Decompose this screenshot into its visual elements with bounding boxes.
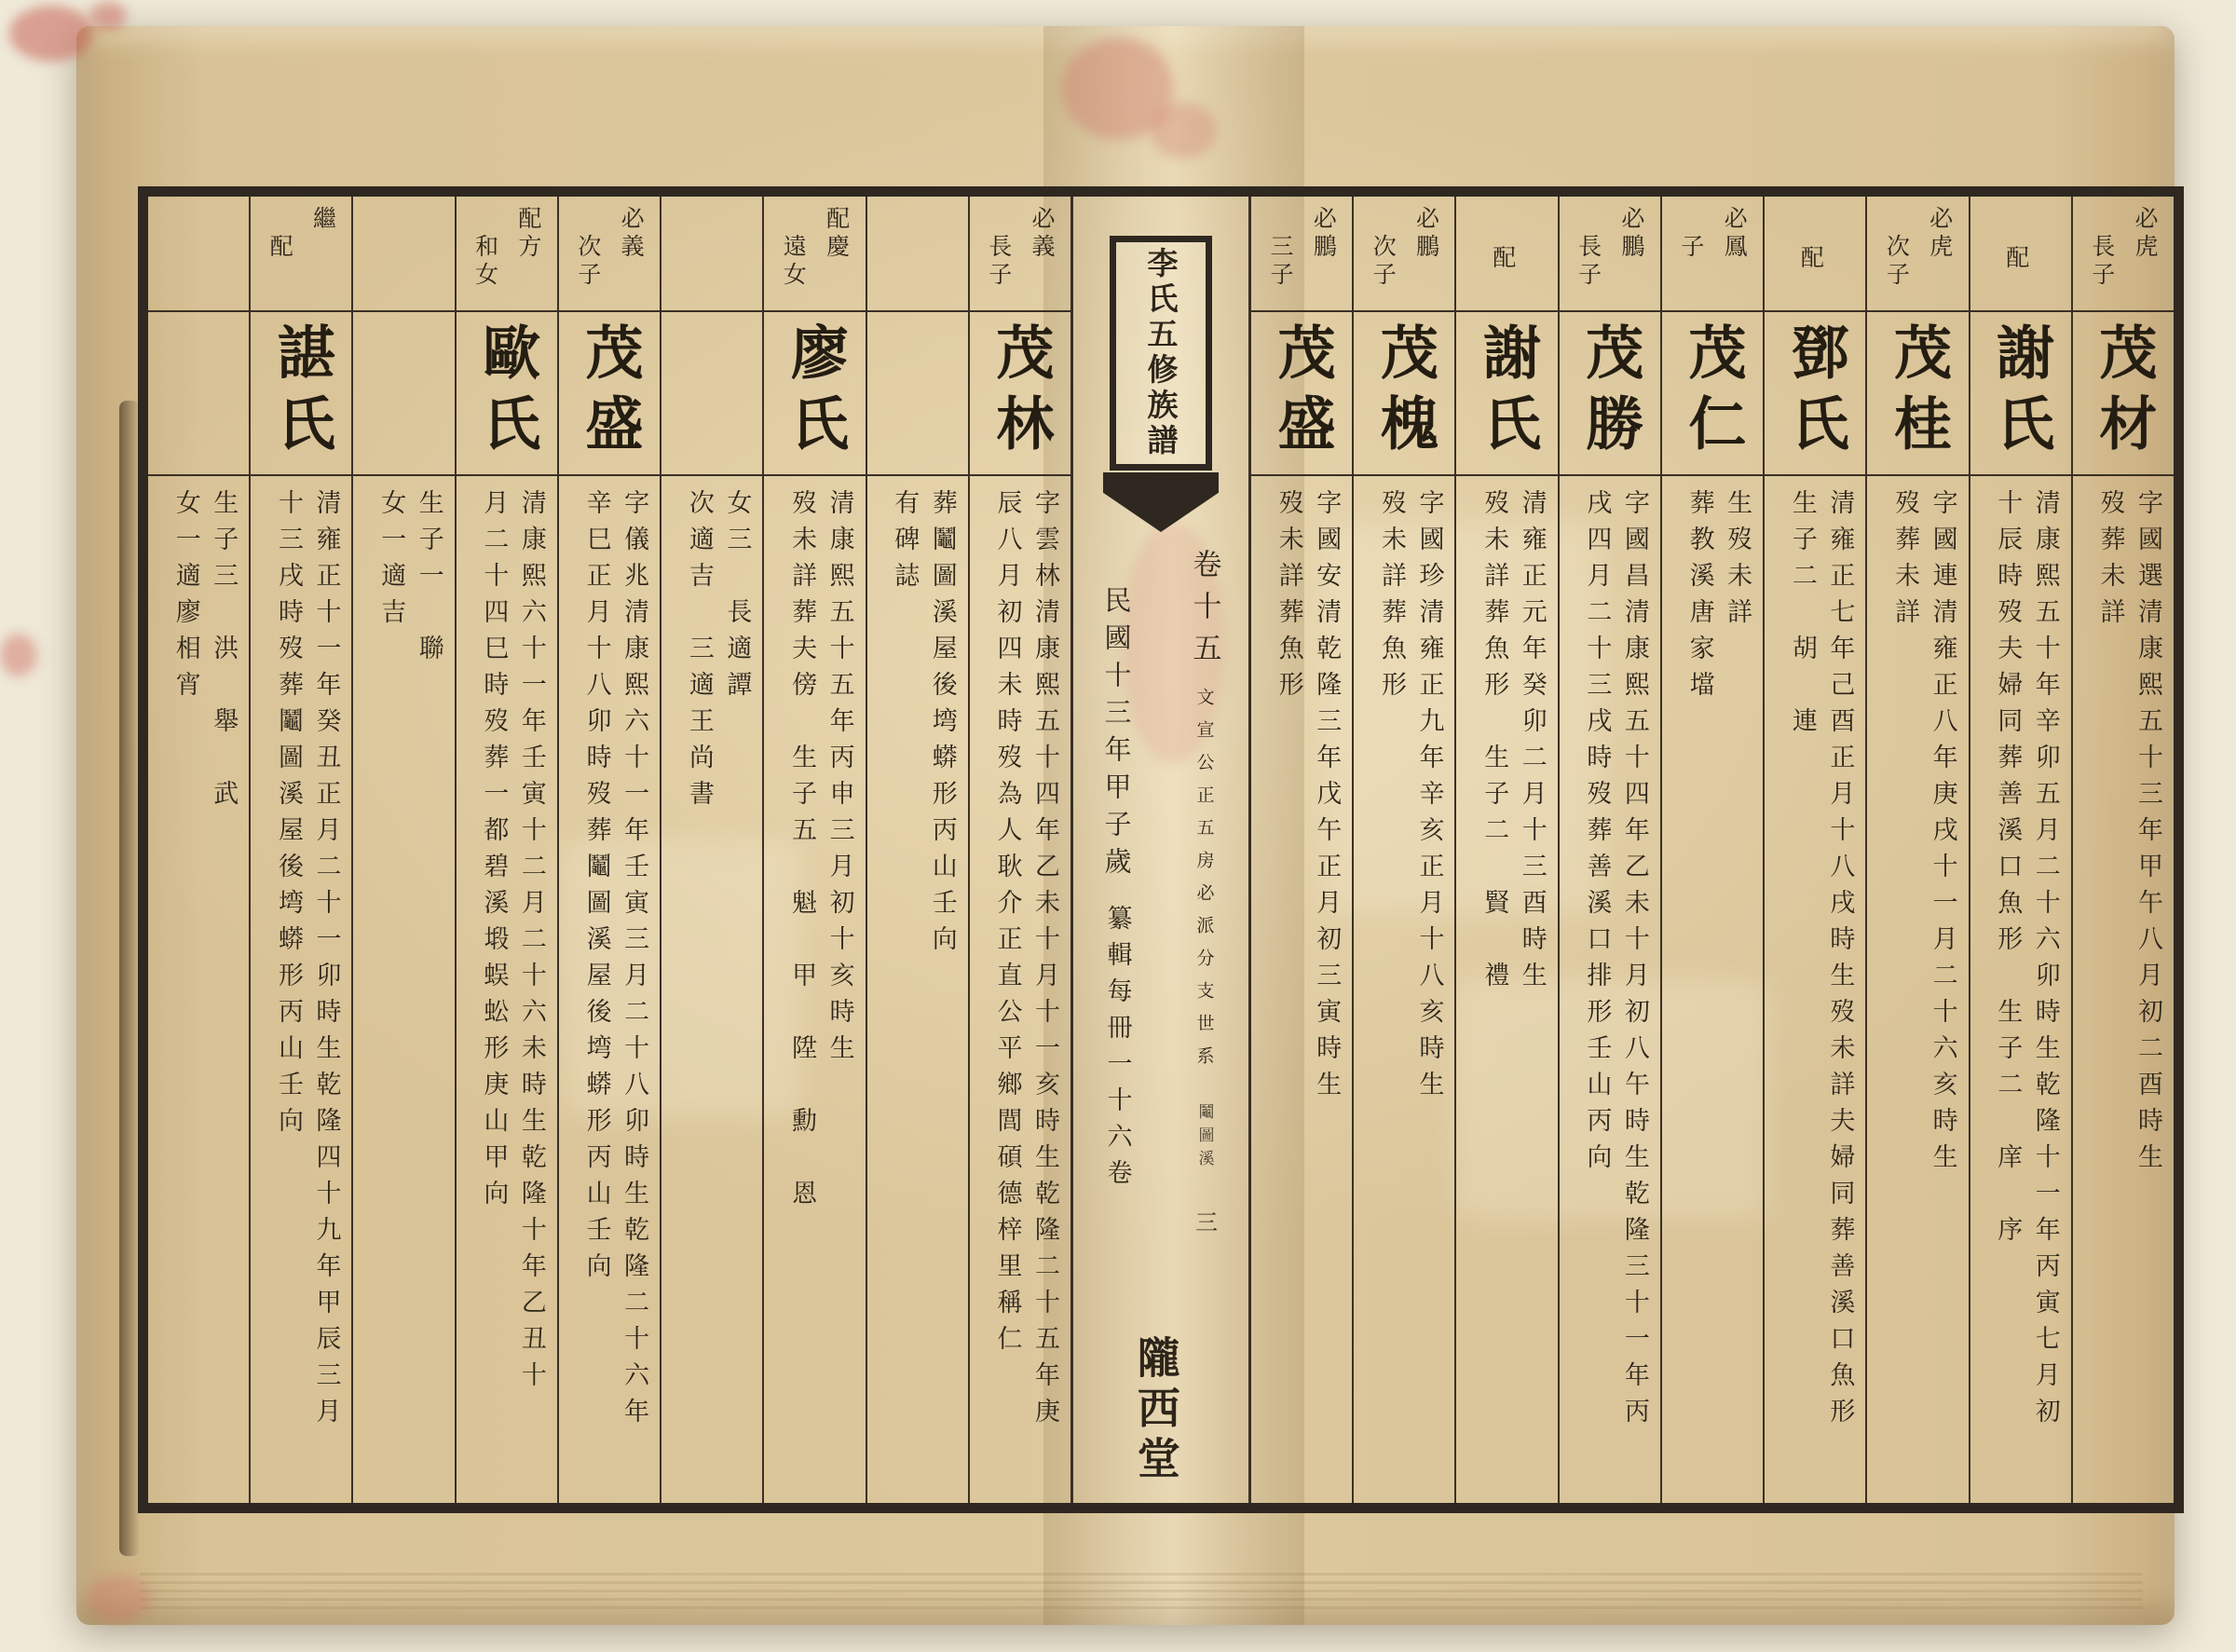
bio-line: 十三戌時歿葬鬮圖溪屋後塆蟒形丙山壬向 xyxy=(268,489,307,1495)
bio-line: 清雍正七年己酉正月十八戌時生歿未詳夫婦同葬善溪口魚形 xyxy=(1820,489,1859,1495)
bio-line: 生子三 洪 舉 武 xyxy=(204,489,242,1495)
person-name-cell: 茂林 xyxy=(970,312,1070,476)
biography-text: 葬鬮圖溪屋後塆蟒形丙山壬向有碑誌 xyxy=(867,476,968,1503)
biography-text: 生子三 洪 舉 武女一適廖相宵 xyxy=(148,476,249,1503)
bio-line: 葬教溪唐家壋 xyxy=(1680,489,1718,1495)
relation-label xyxy=(148,197,249,312)
bio-line: 次適吉 三適王尚書 xyxy=(679,489,717,1495)
person-name-cell: 茂仁 xyxy=(1662,312,1763,476)
relation-label-line: 配方 xyxy=(507,206,550,310)
relation-label-line: 必虎 xyxy=(1917,206,1960,310)
biography-text: 字國昌清康熙五十四年乙未十月初八午時生乾隆三十一年丙戌四月二十三戌時歿葬善溪口排… xyxy=(1560,476,1660,1503)
person-name-cell: 茂槐 xyxy=(1354,312,1454,476)
bio-line: 清康熙五十五年丙申三月初十亥時生 xyxy=(820,489,858,1495)
title-box: 李氏五修族譜 xyxy=(1110,236,1212,471)
person-name-cell: 茂勝 xyxy=(1560,312,1660,476)
genealogy-column: 必義次子 茂盛 字儀兆清康熙六十一年壬寅三月二十八卯時生乾隆二十六年辛巳正月十八… xyxy=(557,197,660,1503)
genealogy-column: 必義長子 茂林 字雲林清康熙五十四年乙未十月十一亥時生乾隆二十五年庚辰八月初四未… xyxy=(968,197,1070,1503)
biography-text: 清雍正元年癸卯二月十三酉時生歿未詳葬魚形 生子二 賢 禮 xyxy=(1456,476,1557,1503)
bio-line: 字國選清康熙五十三年甲午八月初二酉時生 xyxy=(2129,489,2167,1495)
person-name: 茂材 xyxy=(2094,322,2152,464)
bio-line: 生歿未詳 xyxy=(1718,489,1756,1495)
bio-line: 歿未詳葬夫傍 生子五 魁 甲 陞 勳 恩 xyxy=(783,489,821,1495)
relation-label-line: 配 xyxy=(1789,245,1832,310)
person-name-cell: 茂材 xyxy=(2073,312,2174,476)
biography-text: 字國安清乾隆三年戊午正月初三寅時生歿未詳葬魚形 xyxy=(1251,476,1352,1503)
person-name-cell: 茂盛 xyxy=(559,312,660,476)
relation-label-line: 必鵬 xyxy=(1610,206,1653,310)
relation-label-line: 次子 xyxy=(1875,234,1917,310)
biography-text: 清雍正七年己酉正月十八戌時生歿未詳夫婦同葬善溪口魚形生子二 胡 連 xyxy=(1765,476,1865,1503)
bio-line: 歿葬未詳 xyxy=(1886,489,1924,1495)
genealogy-column: 配 鄧氏 清雍正七年己酉正月十八戌時生歿未詳夫婦同葬善溪口魚形生子二 胡 連 xyxy=(1763,197,1865,1503)
relation-label: 必鳳子 xyxy=(1662,197,1763,312)
relation-label-line: 必義 xyxy=(609,206,652,310)
biography-text: 字雲林清康熙五十四年乙未十月十一亥時生乾隆二十五年庚辰八月初四未時歿為人耿介正直… xyxy=(970,476,1070,1503)
relation-label-line: 配 xyxy=(1480,245,1523,310)
hall-name: 隴西堂 xyxy=(1125,1335,1187,1486)
relation-label-line: 配 xyxy=(1995,245,2038,310)
bio-line: 女一適吉 xyxy=(372,489,410,1495)
edition-note: 民國十三年甲子歲 xyxy=(1098,586,1137,884)
spine-subtitle: 文宣公正五房必派分支世系 xyxy=(1193,688,1218,1079)
bio-line: 清雍正十一年癸丑正月二十一卯時生乾隆四十九年甲辰三月 xyxy=(307,489,345,1495)
bio-line: 生子一 聯 xyxy=(409,489,447,1495)
bio-line: 字雲林清康熙五十四年乙未十月十一亥時生乾隆二十五年庚 xyxy=(1026,489,1064,1495)
person-name: 茂槐 xyxy=(1375,322,1433,464)
genealogy-column: 配慶遠女 廖氏 清康熙五十五年丙申三月初十亥時生歿未詳葬夫傍 生子五 魁 甲 陞… xyxy=(762,197,865,1503)
relation-label-line: 和女 xyxy=(463,234,506,310)
biography-text: 清康熙五十年辛卯五月二十六卯時生乾隆十一年丙寅七月初十辰時歿夫婦同葬善溪口魚形 … xyxy=(1970,476,2071,1503)
relation-label: 配 xyxy=(1765,197,1865,312)
relation-label: 配方和女 xyxy=(457,197,557,312)
bio-line: 生子二 胡 連 xyxy=(1782,489,1820,1495)
biography-text: 字國連清雍正八年庚戌十一月二十六亥時生歿葬未詳 xyxy=(1867,476,1968,1503)
bio-line: 字國珍清雍正九年辛亥正月十八亥時生 xyxy=(1410,489,1448,1495)
person-name-cell: 廖氏 xyxy=(764,312,865,476)
relation-label-line: 配 xyxy=(258,234,301,310)
bio-line: 戌四月二十三戌時歿葬善溪口排形壬山丙向 xyxy=(1577,489,1616,1495)
biography-text: 生子一 聯女一適吉 xyxy=(353,476,454,1503)
relation-label: 必鵬次子 xyxy=(1354,197,1454,312)
person-name-cell: 茂桂 xyxy=(1867,312,1968,476)
genealogy-column: 必鵬長子 茂勝 字國昌清康熙五十四年乙未十月初八午時生乾隆三十一年丙戌四月二十三… xyxy=(1558,197,1660,1503)
bio-line: 清康熙六十一年壬寅十二月二十六未時生乾隆十年乙丑十 xyxy=(511,489,550,1495)
bio-line: 清雍正元年癸卯二月十三酉時生 xyxy=(1512,489,1550,1495)
genealogy-column: 必鵬次子 茂槐 字國珍清雍正九年辛亥正月十八亥時生歿未詳葬魚形 xyxy=(1352,197,1454,1503)
biography-text: 字國選清康熙五十三年甲午八月初二酉時生歿葬未詳 xyxy=(2073,476,2174,1503)
relation-label xyxy=(661,197,762,312)
genealogy-column: 必虎次子 茂桂 字國連清雍正八年庚戌十一月二十六亥時生歿葬未詳 xyxy=(1865,197,1968,1503)
biography-text: 清康熙六十一年壬寅十二月二十六未時生乾隆十年乙丑十月二十四巳時歿葬一都碧溪塅蜈蚣… xyxy=(457,476,557,1503)
biography-text: 清康熙五十五年丙申三月初十亥時生歿未詳葬夫傍 生子五 魁 甲 陞 勳 恩 xyxy=(764,476,865,1503)
person-name: 鄧氏 xyxy=(1786,322,1844,464)
person-name-cell: 鄧氏 xyxy=(1765,312,1865,476)
bio-line: 歿未詳葬魚形 生子二 賢 禮 xyxy=(1475,489,1513,1495)
relation-label-line: 必義 xyxy=(1020,206,1063,310)
person-name: 謝氏 xyxy=(1479,322,1536,464)
bio-line: 葬鬮圖溪屋後塆蟒形丙山壬向 xyxy=(922,489,961,1495)
genealogy-column: 必虎長子 茂材 字國選清康熙五十三年甲午八月初二酉時生歿葬未詳 xyxy=(2071,197,2174,1503)
bio-line: 有碑誌 xyxy=(885,489,923,1495)
genealogy-column: 配 謝氏 清康熙五十年辛卯五月二十六卯時生乾隆十一年丙寅七月初十辰時歿夫婦同葬善… xyxy=(1969,197,2071,1503)
genealogy-column: 必鳳子 茂仁 生歿未詳葬教溪唐家壋 xyxy=(1660,197,1763,1503)
biography-text: 字國珍清雍正九年辛亥正月十八亥時生歿未詳葬魚形 xyxy=(1354,476,1454,1503)
relation-label: 必義長子 xyxy=(970,197,1070,312)
person-name-cell: 謝氏 xyxy=(1456,312,1557,476)
fishtail-mark xyxy=(1103,472,1219,532)
person-name-cell xyxy=(661,312,762,476)
relation-label-line: 必鵬 xyxy=(1404,206,1447,310)
relation-label: 必虎次子 xyxy=(1867,197,1968,312)
relation-label-line: 子 xyxy=(1670,234,1712,310)
spine-col-left: 民國十三年甲子歲 纂輯每冊一十六卷 xyxy=(1073,549,1161,1233)
bio-line: 字國連清雍正八年庚戌十一月二十六亥時生 xyxy=(1923,489,1961,1495)
person-name: 諶氏 xyxy=(272,322,330,464)
compilation-note: 纂輯每冊一十六卷 xyxy=(1099,905,1136,1195)
person-name-cell: 謝氏 xyxy=(1970,312,2071,476)
person-name-cell xyxy=(867,312,968,476)
genealogy-column: 葬鬮圖溪屋後塆蟒形丙山壬向有碑誌 xyxy=(866,197,968,1503)
bio-line: 歿未詳葬魚形 xyxy=(1371,489,1410,1495)
person-name-cell: 茂盛 xyxy=(1251,312,1352,476)
place-note: 鬮圖溪 xyxy=(1193,1103,1217,1173)
bio-line: 辰八月初四未時歿為人耿介正直公平鄉閭碩德梓里稱仁 xyxy=(988,489,1026,1495)
bio-line: 字儀兆清康熙六十一年壬寅三月二十八卯時生乾隆二十六年 xyxy=(615,489,653,1495)
biography-text: 清雍正十一年癸丑正月二十一卯時生乾隆四十九年甲辰三月十三戌時歿葬鬮圖溪屋後塆蟒形… xyxy=(251,476,351,1503)
relation-label-line: 三子 xyxy=(1259,234,1302,310)
page-number: 三 xyxy=(1189,1210,1221,1233)
genealogy-column: 繼配 諶氏 清雍正十一年癸丑正月二十一卯時生乾隆四十九年甲辰三月十三戌時歿葬鬮圖… xyxy=(249,197,351,1503)
bio-line: 辛巳正月十八卯時歿葬鬮圖溪屋後塆蟒形丙山壬向 xyxy=(577,489,615,1495)
relation-label-line: 遠女 xyxy=(771,234,814,310)
book-title: 李氏五修族譜 xyxy=(1139,247,1183,459)
relation-label-line: 長子 xyxy=(977,234,1020,310)
bio-line: 字國昌清康熙五十四年乙未十月初八午時生乾隆三十一年丙 xyxy=(1615,489,1653,1495)
genealogy-column: 生子一 聯女一適吉 xyxy=(351,197,454,1503)
relation-label xyxy=(867,197,968,312)
bio-line: 女三 長適譚 xyxy=(717,489,756,1495)
relation-label: 配 xyxy=(1970,197,2071,312)
relation-label-line: 長子 xyxy=(2080,234,2123,310)
bio-line: 字國安清乾隆三年戊午正月初三寅時生 xyxy=(1307,489,1345,1495)
person-name: 歐氏 xyxy=(478,322,536,464)
genealogy-column: 生子三 洪 舉 武女一適廖相宵 xyxy=(148,197,249,1503)
relation-label: 必鵬三子 xyxy=(1251,197,1352,312)
relation-label: 配 xyxy=(1456,197,1557,312)
relation-label-line: 長子 xyxy=(1566,234,1609,310)
person-name-cell: 歐氏 xyxy=(457,312,557,476)
genealogy-column: 必鵬三子 茂盛 字國安清乾隆三年戊午正月初三寅時生歿未詳葬魚形 xyxy=(1251,197,1352,1503)
relation-label-line: 必鵬 xyxy=(1302,206,1344,310)
spine-col-right: 卷十五 文宣公正五房必派分支世系 鬮圖溪 三 xyxy=(1161,549,1248,1233)
genealogy-column: 女三 長適譚次適吉 三適王尚書 xyxy=(660,197,762,1503)
relation-label-line: 次子 xyxy=(566,234,609,310)
relation-label: 配慶遠女 xyxy=(764,197,865,312)
person-name: 茂勝 xyxy=(1581,322,1639,464)
person-name-cell xyxy=(148,312,249,476)
genealogy-column: 配 謝氏 清雍正元年癸卯二月十三酉時生歿未詳葬魚形 生子二 賢 禮 xyxy=(1454,197,1557,1503)
bio-line: 清康熙五十年辛卯五月二十六卯時生乾隆十一年丙寅七月初 xyxy=(2025,489,2064,1495)
person-name-cell: 諶氏 xyxy=(251,312,351,476)
volume-label: 卷十五 xyxy=(1184,549,1226,675)
bio-line: 歿未詳葬魚形 xyxy=(1269,489,1307,1495)
person-name: 茂林 xyxy=(991,322,1049,464)
bio-line: 月二十四巳時歿葬一都碧溪塅蜈蚣形庚山甲向 xyxy=(474,489,512,1495)
relation-label-line: 必虎 xyxy=(2123,206,2166,310)
biography-text: 字儀兆清康熙六十一年壬寅三月二十八卯時生乾隆二十六年辛巳正月十八卯時歿葬鬮圖溪屋… xyxy=(559,476,660,1503)
printed-frame: 必義長子 茂林 字雲林清康熙五十四年乙未十月十一亥時生乾隆二十五年庚辰八月初四未… xyxy=(138,186,2184,1513)
biography-text: 生歿未詳葬教溪唐家壋 xyxy=(1662,476,1763,1503)
person-name: 茂桂 xyxy=(1888,322,1946,464)
page-right: 必虎長子 茂材 字國選清康熙五十三年甲午八月初二酉時生歿葬未詳 配 謝氏 清康熙… xyxy=(1251,197,2174,1503)
page-left: 必義長子 茂林 字雲林清康熙五十四年乙未十月十一亥時生乾隆二十五年庚辰八月初四未… xyxy=(148,197,1070,1503)
relation-label-line: 次子 xyxy=(1361,234,1404,310)
stain xyxy=(0,634,37,676)
biography-text: 女三 長適譚次適吉 三適王尚書 xyxy=(661,476,762,1503)
relation-label: 必虎長子 xyxy=(2073,197,2174,312)
person-name: 茂盛 xyxy=(580,322,638,464)
relation-label: 必義次子 xyxy=(559,197,660,312)
bio-line: 女一適廖相宵 xyxy=(166,489,204,1495)
bio-line: 歿葬未詳 xyxy=(2091,489,2129,1495)
relation-label-line: 繼 xyxy=(301,206,344,310)
relation-label: 繼配 xyxy=(251,197,351,312)
relation-label-line: 配慶 xyxy=(814,206,857,310)
relation-label xyxy=(353,197,454,312)
relation-label-line: 必鳳 xyxy=(1712,206,1755,310)
person-name: 茂盛 xyxy=(1273,322,1330,464)
genealogy-column: 配方和女 歐氏 清康熙六十一年壬寅十二月二十六未時生乾隆十年乙丑十月二十四巳時歿… xyxy=(455,197,557,1503)
person-name: 廖氏 xyxy=(785,322,843,464)
spine-text: 卷十五 文宣公正五房必派分支世系 鬮圖溪 三 民國十三年甲子歲 纂輯每冊一十六卷 xyxy=(1073,549,1248,1233)
relation-label: 必鵬長子 xyxy=(1560,197,1660,312)
person-name-cell xyxy=(353,312,454,476)
bio-line: 十辰時歿夫婦同葬善溪口魚形 生子二 庠 序 xyxy=(1988,489,2026,1495)
spine: 李氏五修族譜 卷十五 文宣公正五房必派分支世系 鬮圖溪 三 民國十三年甲子歲 纂… xyxy=(1070,197,1251,1503)
person-name: 茂仁 xyxy=(1684,322,1741,464)
person-name: 謝氏 xyxy=(1992,322,2050,464)
